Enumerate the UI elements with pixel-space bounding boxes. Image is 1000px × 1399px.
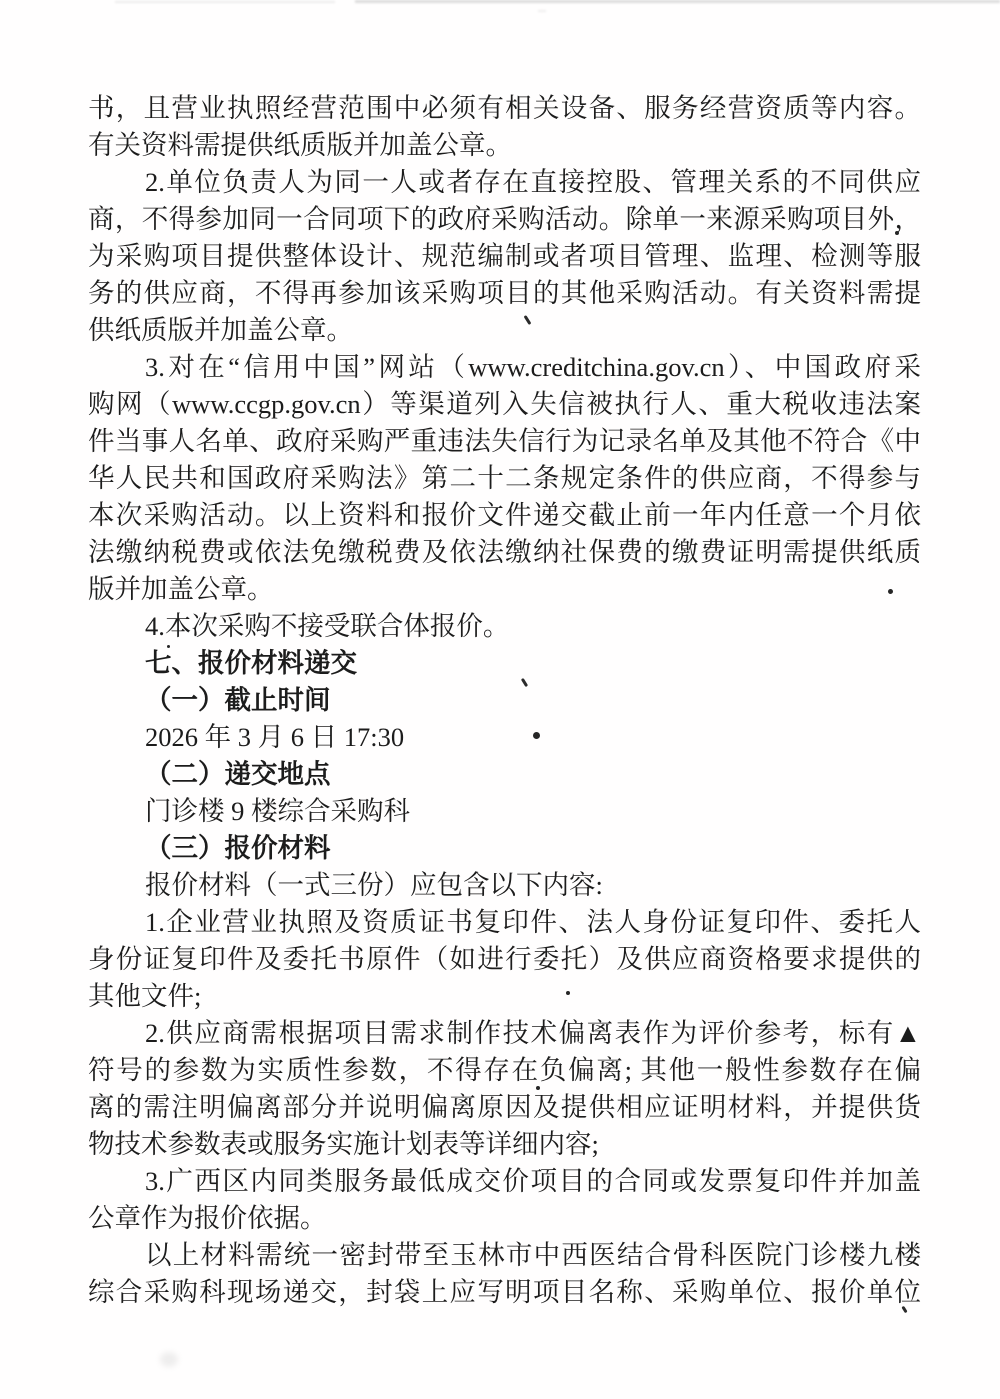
body-line: 符号的参数为实质性参数，不得存在负偏离; 其他一般性参数存在偏	[88, 1052, 921, 1089]
scan-edge-streak	[115, 1, 335, 3]
body-line: 务的供应商，不得再参加该采购项目的其他采购活动。有关资料需提	[88, 275, 921, 312]
sealing-instruction-line: 以上材料需统一密封带至玉林市中西医结合骨科医院门诊楼九楼	[88, 1237, 921, 1274]
scan-speck	[888, 589, 893, 594]
subsection-2-heading: （二）递交地点	[88, 756, 921, 793]
scan-smudge	[160, 1352, 178, 1367]
body-line: 公章作为报价依据。	[88, 1200, 921, 1237]
material-item-2-line: 2.供应商需根据项目需求制作技术偏离表作为评价参考，标有▲	[88, 1015, 921, 1052]
body-line: 商，不得参加同一合同项下的政府采购活动。除单一来源采购项目外，	[88, 201, 921, 238]
subsection-3-heading: （三）报价材料	[88, 830, 921, 867]
scanned-document-page: 书，且营业执照经营范围中必须有相关设备、服务经营资质等内容。 有关资料需提供纸质…	[0, 0, 1000, 1399]
scan-speck	[566, 991, 570, 995]
submission-location-line: 门诊楼 9 楼综合采购科	[88, 793, 921, 830]
materials-intro-line: 报价材料（一式三份）应包含以下内容:	[88, 867, 921, 904]
clause-4-line: 4.本次采购不接受联合体报价。	[88, 608, 921, 645]
body-line: 购网（www.ccgp.gov.cn）等渠道列入失信被执行人、重大税收违法案	[88, 386, 921, 423]
body-line: 书，且营业执照经营范围中必须有相关设备、服务经营资质等内容。	[88, 90, 921, 127]
section-7-heading: 七、报价材料递交	[88, 645, 921, 682]
body-line: 身份证复印件及委托书原件（如进行委托）及供应商资格要求提供的	[88, 941, 921, 978]
body-line: 件当事人名单、政府采购严重违法失信行为记录名单及其他不符合《中	[88, 423, 921, 460]
scan-speck	[240, 177, 244, 181]
scan-edge-streak	[355, 0, 1000, 3]
sealing-instruction-line: 综合采购科现场递交，封袋上应写明项目名称、采购单位、报价单位	[88, 1274, 921, 1311]
body-line: 离的需注明偏离部分并说明偏离原因及提供相应证明材料，并提供货	[88, 1089, 921, 1126]
document-body: 书，且营业执照经营范围中必须有相关设备、服务经营资质等内容。 有关资料需提供纸质…	[88, 90, 921, 1311]
body-line: 为采购项目提供整体设计、规范编制或者项目管理、监理、检测等服	[88, 238, 921, 275]
body-line: 版并加盖公章。	[88, 571, 921, 608]
scan-speck	[895, 231, 899, 235]
material-item-3-line: 3.广西区内同类服务最低成交价项目的合同或发票复印件并加盖	[88, 1163, 921, 1200]
scan-speck	[536, 1086, 540, 1090]
body-line: 有关资料需提供纸质版并加盖公章。	[88, 127, 921, 164]
subsection-1-heading: （一）截止时间	[88, 682, 921, 719]
scan-speck	[533, 732, 540, 739]
scan-speck	[167, 645, 170, 648]
body-line: 物技术参数表或服务实施计划表等详细内容;	[88, 1126, 921, 1163]
body-line: 华人民共和国政府采购法》第二十二条规定条件的供应商，不得参与	[88, 460, 921, 497]
scan-edge-streak	[538, 10, 546, 12]
clause-2-line: 2.单位负责人为同一人或者存在直接控股、管理关系的不同供应	[88, 164, 921, 201]
body-line: 供纸质版并加盖公章。	[88, 312, 921, 349]
body-line: 法缴纳税费或依法免缴税费及依法缴纳社保费的缴费证明需提供纸质	[88, 534, 921, 571]
material-item-1-line: 1.企业营业执照及资质证书复印件、法人身份证复印件、委托人	[88, 904, 921, 941]
clause-3-line: 3.对在“信用中国”网站（www.creditchina.gov.cn）、中国政…	[88, 349, 921, 386]
body-line: 本次采购活动。以上资料和报价文件递交截止前一年内任意一个月依	[88, 497, 921, 534]
deadline-date-line: 2026 年 3 月 6 日 17:30	[88, 719, 921, 756]
body-line: 其他文件;	[88, 978, 921, 1015]
